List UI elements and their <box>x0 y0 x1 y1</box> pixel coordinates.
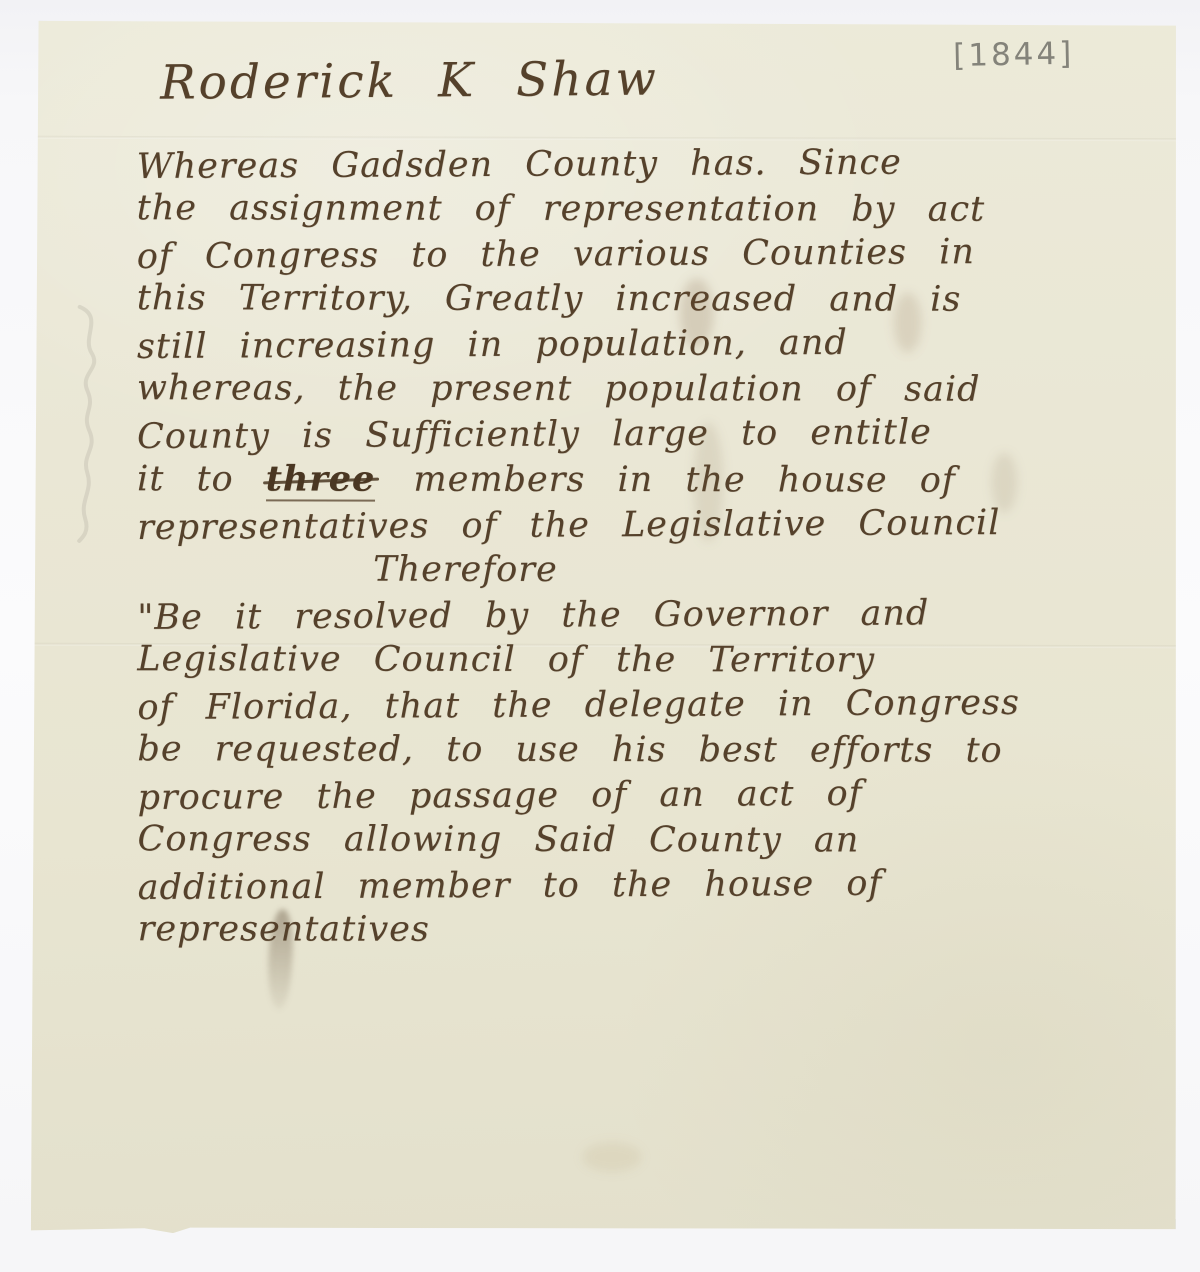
manuscript-line: of Congress to the various Counties in <box>137 229 1147 280</box>
corrected-word: three <box>266 458 376 501</box>
manuscript-line: additional member to the house of <box>138 860 1148 911</box>
stain <box>582 1142 642 1172</box>
line-text: it to <box>137 459 266 499</box>
manuscript-body: Whereas Gadsden County has. Since the as… <box>137 141 1148 953</box>
line-text: members in the house of <box>381 460 956 501</box>
scan-background: [1844] Roderick K Shaw Whereas Gadsden C… <box>0 0 1200 1272</box>
manuscript-line: be requested, to use his best efforts to <box>137 727 1147 774</box>
manuscript-line: representatives of the Legislative Counc… <box>137 500 1147 551</box>
therefore-line: Therefore <box>137 547 1147 594</box>
manuscript-page: [1844] Roderick K Shaw Whereas Gadsden C… <box>30 21 1179 1235</box>
manuscript-line: the assignment of representation by act <box>137 186 1147 233</box>
archival-year-annotation: [1844] <box>953 36 1075 74</box>
manuscript-line: this Territory, Greatly increased and is <box>137 276 1147 323</box>
manuscript-line-with-correction: it to three members in the house of <box>137 456 1147 504</box>
manuscript-line: Congress allowing Said County an <box>138 817 1148 864</box>
manuscript-line: of Florida, that the delegate in Congres… <box>137 680 1147 731</box>
manuscript-line: "Be it resolved by the Governor and <box>137 590 1147 641</box>
manuscript-line: Whereas Gadsden County has. Since <box>137 139 1147 190</box>
margin-pencil-scribble <box>49 297 130 547</box>
manuscript-line: still increasing in population, and <box>137 319 1147 370</box>
document-title: Roderick K Shaw <box>160 52 659 111</box>
manuscript-line: Legislative Council of the Territory <box>137 637 1147 684</box>
manuscript-line: County is Sufficiently large to entitle <box>137 409 1147 460</box>
manuscript-line: whereas, the present population of said <box>137 366 1147 413</box>
manuscript-line: procure the passage of an act of <box>137 770 1147 821</box>
